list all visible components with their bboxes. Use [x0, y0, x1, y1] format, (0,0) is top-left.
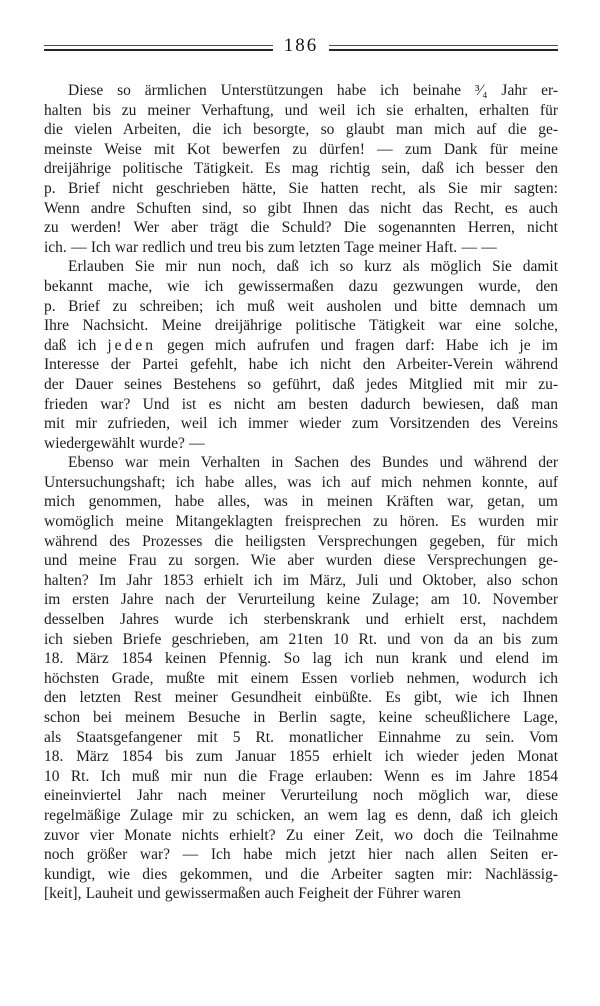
text-line: Untersuchungshaft; ich habe alles, was i…	[44, 473, 558, 493]
text-line: daß ich jeden gegen mich aufrufen und fr…	[44, 336, 558, 356]
text-segment: bekannt mache, wie ich gewissermaßen daz…	[44, 278, 558, 295]
text-line: p. Brief zu schreiben; ich muß weit aush…	[44, 297, 558, 317]
book-page: 186 Diese so ärmlichen Unterstützungen h…	[0, 0, 600, 1006]
text-segment: womöglich meine Mitangeklagten freisprec…	[44, 513, 558, 530]
text-line: Erlauben Sie mir nun noch, daß ich so ku…	[44, 257, 558, 277]
text-line: zu werden! Wer aber trägt die Schuld? Di…	[44, 218, 558, 238]
text-line: Ihre Nachsicht. Meine dreijährige politi…	[44, 316, 558, 336]
text-line: frieden war? Und ist es nicht am besten …	[44, 395, 558, 415]
text-line: 10 Rt. Ich muß mir nun die Frage erlaube…	[44, 767, 558, 787]
text-segment: eineinviertel Jahr nach meiner Verurteil…	[44, 787, 558, 804]
text-segment: 10 Rt. Ich muß mir nun die Frage erlaube…	[44, 768, 558, 785]
header-rule-right	[329, 45, 558, 51]
text-segment: mich genommen, habe alles, was in meinen…	[44, 493, 558, 510]
text-segment: p. Brief nicht geschrieben hätte, Sie ha…	[44, 180, 558, 197]
text-segment: 18. März 1854 keinen Pfennig. So lag ich…	[44, 650, 558, 667]
text-segment: dreijährige politische Tätigkeit. Es mag…	[44, 160, 558, 177]
text-segment: ich sieben Briefe geschrieben, am 21ten …	[44, 631, 558, 648]
text-segment: ich. — Ich war redlich und treu bis zum …	[44, 239, 497, 256]
paragraph: Erlauben Sie mir nun noch, daß ich so ku…	[44, 257, 558, 453]
text-segment: Interesse der Partei gefehlt, habe ich n…	[44, 356, 558, 373]
text-segment: Wenn andre Schuften sind, so gibt Ihnen …	[44, 200, 558, 217]
text-line: meinste Weise mit Kot bewerfen zu dürfen…	[44, 140, 558, 160]
header-rule-left	[44, 45, 273, 51]
text-segment: die vielen Arbeiten, die ich besorgte, s…	[44, 121, 558, 138]
text-segment: regelmäßige Zulage mir zu schicken, an w…	[44, 807, 558, 824]
text-line: eineinviertel Jahr nach meiner Verurteil…	[44, 786, 558, 806]
text-line: desselben Jahres wurde ich sterbenskrank…	[44, 610, 558, 630]
text-segment: Ihre Nachsicht. Meine dreijährige politi…	[44, 317, 558, 334]
text-segment: wiedergewählt wurde? —	[44, 435, 205, 452]
text-line: der Dauer seines Bestehens so geführt, d…	[44, 375, 558, 395]
text-segment: höchsten Grade, mußte mit einem Essen vo…	[44, 670, 558, 687]
emphasized-word: jeden	[107, 337, 156, 354]
text-segment: [keit], Lauheit und gewissermaßen auch F…	[44, 885, 461, 902]
text-segment: mit mir zufrieden, weil ich immer wieder…	[44, 415, 558, 432]
text-line: Ebenso war mein Verhalten in Sachen des …	[44, 453, 558, 473]
text-line: [keit], Lauheit und gewissermaßen auch F…	[44, 884, 558, 904]
text-line: während des Prozesses die heiligsten Ver…	[44, 532, 558, 552]
text-line: 18. März 1854 keinen Pfennig. So lag ich…	[44, 649, 558, 669]
text-line: halten? Im Jahr 1853 erhielt ich im März…	[44, 571, 558, 591]
text-line: höchsten Grade, mußte mit einem Essen vo…	[44, 669, 558, 689]
text-line: Wenn andre Schuften sind, so gibt Ihnen …	[44, 199, 558, 219]
text-line: mich genommen, habe alles, was in meinen…	[44, 492, 558, 512]
text-line: schon bei meinem Besuche in Berlin sagte…	[44, 708, 558, 728]
text-line: Interesse der Partei gefehlt, habe ich n…	[44, 355, 558, 375]
text-segment: halten? Im Jahr 1853 erhielt ich im März…	[44, 572, 558, 589]
text-line: dreijährige politische Tätigkeit. Es mag…	[44, 159, 558, 179]
text-segment: Untersuchungshaft; ich habe alles, was i…	[44, 474, 558, 491]
text-segment: den letzten Rest meiner Gesundheit einbü…	[44, 689, 558, 706]
text-segment: Erlauben Sie mir nun noch, daß ich so ku…	[68, 258, 558, 275]
text-segment: meinste Weise mit Kot bewerfen zu dürfen…	[44, 141, 558, 158]
text-segment: frieden war? Und ist es nicht am besten …	[44, 396, 558, 413]
text-line: und meine Frau zu sorgen. Wie aber wurde…	[44, 551, 558, 571]
text-segment: desselben Jahres wurde ich sterbenskrank…	[44, 611, 558, 628]
text-segment: Ebenso war mein Verhalten in Sachen des …	[68, 454, 558, 471]
text-line: mit mir zufrieden, weil ich immer wieder…	[44, 414, 558, 434]
text-segment: während des Prozesses die heiligsten Ver…	[44, 533, 558, 550]
text-segment: als Staatsgefangener mit 5 Rt. monatlich…	[44, 729, 558, 746]
page-number: 186	[273, 36, 330, 56]
text-line: kundigt, wie dies gekommen, und die Arbe…	[44, 865, 558, 885]
text-line: als Staatsgefangener mit 5 Rt. monatlich…	[44, 728, 558, 748]
text-line: wiedergewählt wurde? —	[44, 434, 558, 454]
paragraph: Ebenso war mein Verhalten in Sachen des …	[44, 453, 558, 904]
text-line: Diese so ärmlichen Unterstützungen habe …	[44, 81, 558, 101]
text-line: regelmäßige Zulage mir zu schicken, an w…	[44, 806, 558, 826]
text-segment: gegen mich aufrufen und fragen darf: Hab…	[156, 337, 558, 354]
text-segment: zu werden! Wer aber trägt die Schuld? Di…	[44, 219, 558, 236]
text-segment: schon bei meinem Besuche in Berlin sagte…	[44, 709, 558, 726]
text-segment: im ersten Jahre nach der Verurteilung ke…	[44, 591, 558, 608]
text-line: noch größer war? — Ich habe mich jetzt h…	[44, 845, 558, 865]
text-line: 18. März 1854 bis zum Januar 1855 erhiel…	[44, 747, 558, 767]
text-segment: der Dauer seines Bestehens so geführt, d…	[44, 376, 558, 393]
text-line: bekannt mache, wie ich gewissermaßen daz…	[44, 277, 558, 297]
page-text: Diese so ärmlichen Unterstützungen habe …	[44, 81, 558, 904]
text-line: zuvor vier Monate nichts erhielt? Zu ein…	[44, 826, 558, 846]
text-segment: noch größer war? — Ich habe mich jetzt h…	[44, 846, 558, 863]
text-segment: kundigt, wie dies gekommen, und die Arbe…	[44, 866, 558, 883]
text-line: womöglich meine Mitangeklagten freisprec…	[44, 512, 558, 532]
text-segment: Diese so ärmlichen Unterstützungen habe …	[68, 82, 558, 99]
text-line: die vielen Arbeiten, die ich besorgte, s…	[44, 120, 558, 140]
text-segment: halten bis zu meiner Verhaftung, und wei…	[44, 102, 558, 119]
text-segment: 18. März 1854 bis zum Januar 1855 erhiel…	[44, 748, 558, 765]
text-segment: zuvor vier Monate nichts erhielt? Zu ein…	[44, 827, 558, 844]
text-segment: p. Brief zu schreiben; ich muß weit aush…	[44, 298, 558, 315]
paragraph: Diese so ärmlichen Unterstützungen habe …	[44, 81, 558, 257]
text-line: im ersten Jahre nach der Verurteilung ke…	[44, 590, 558, 610]
text-line: ich. — Ich war redlich und treu bis zum …	[44, 238, 558, 258]
text-line: ich sieben Briefe geschrieben, am 21ten …	[44, 630, 558, 650]
text-line: halten bis zu meiner Verhaftung, und wei…	[44, 101, 558, 121]
text-line: den letzten Rest meiner Gesundheit einbü…	[44, 688, 558, 708]
page-header: 186	[0, 0, 600, 56]
text-line: p. Brief nicht geschrieben hätte, Sie ha…	[44, 179, 558, 199]
text-segment: daß ich	[44, 337, 107, 354]
text-segment: und meine Frau zu sorgen. Wie aber wurde…	[44, 552, 558, 569]
